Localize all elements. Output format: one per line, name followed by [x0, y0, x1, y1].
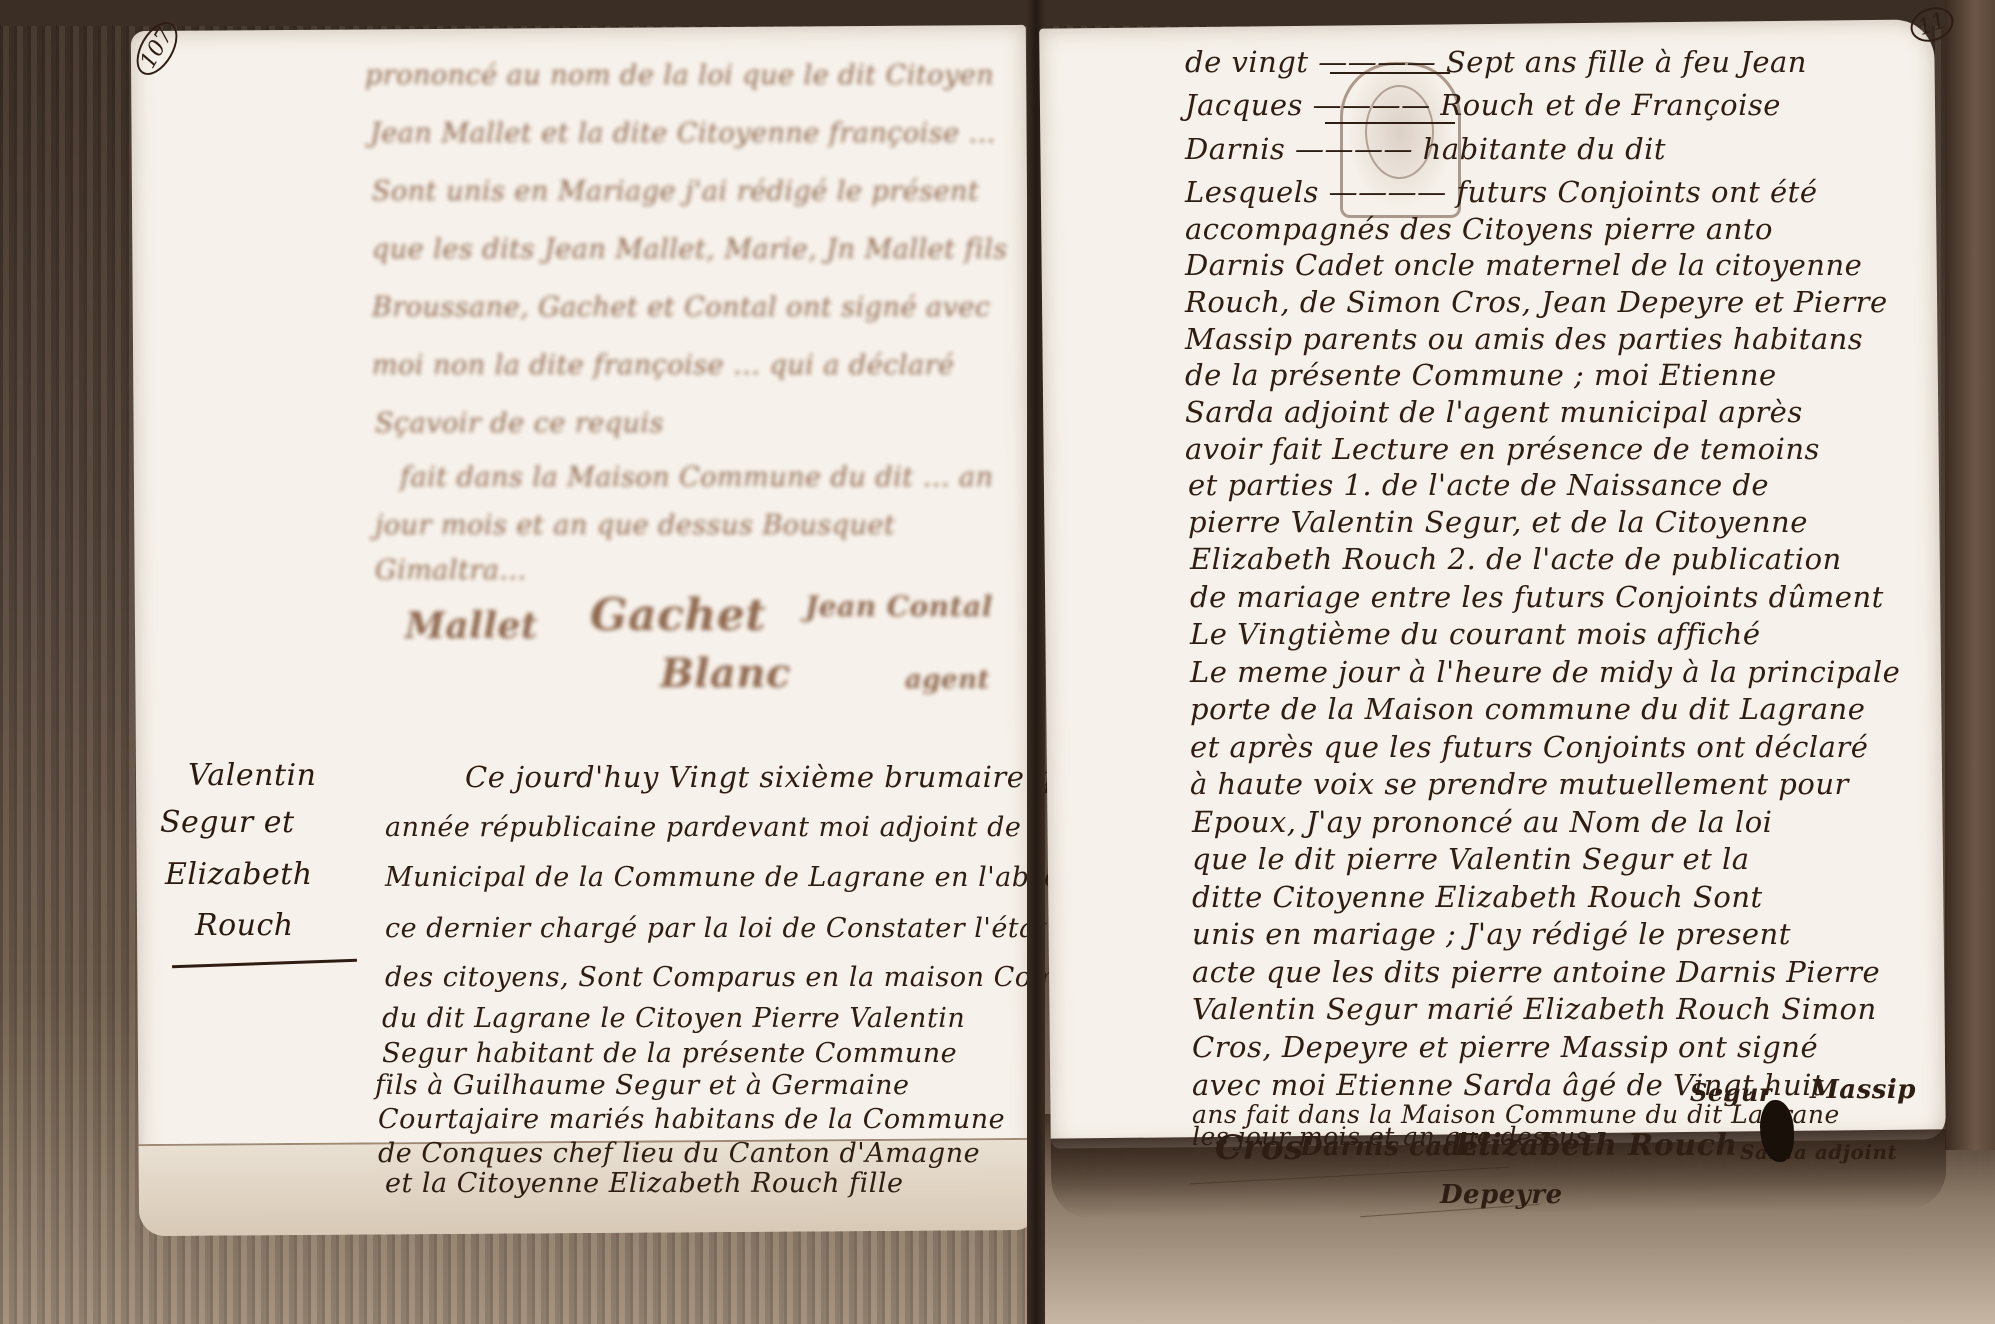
record-line: Valentin Segur marié Elizabeth Rouch Sim…: [1192, 992, 1877, 1026]
blurred-line: Jean Mallet et la dite Citoyenne françoi…: [370, 118, 996, 149]
record-line: de vingt ———— Sept ans fille à feu Jean: [1185, 45, 1807, 79]
record-line: Rouch, de Simon Cros, Jean Depeyre et Pi…: [1185, 285, 1888, 319]
record-line: Darnis ———— habitante du dit: [1185, 132, 1666, 166]
blurred-line: prononcé au nom de la loi que le dit Cit…: [365, 60, 994, 91]
stamp-bracket-line: [1325, 122, 1455, 124]
record-line: des citoyens, Sont Comparus en la maison…: [385, 962, 1136, 993]
record-line: ditte Citoyenne Elizabeth Rouch Sont: [1192, 880, 1763, 914]
blurred-line: que les dits Jean Mallet, Marie, Jn Mall…: [372, 234, 1008, 265]
record-line: fils à Guilhaume Segur et à Germaine: [375, 1070, 910, 1101]
record-line: du dit Lagrane le Citoyen Pierre Valenti…: [382, 1003, 965, 1034]
record-line: Cros, Depeyre et pierre Massip ont signé: [1192, 1030, 1818, 1064]
margin-name: Valentin: [188, 758, 316, 793]
record-line: à haute voix se prendre mutuellement pou…: [1190, 767, 1849, 801]
record-line: avoir fait Lecture en présence de temoin…: [1185, 432, 1820, 466]
record-line: Lesquels ———— futurs Conjoints ont été: [1185, 175, 1817, 209]
book-right-edge: [1945, 0, 1995, 1150]
blurred-line: Sont unis en Mariage j'ai rédigé le prés…: [372, 176, 979, 207]
blurred-signature: Jean Contal: [805, 590, 993, 623]
margin-name: Segur et: [160, 805, 295, 840]
record-line: Municipal de la Commune de Lagrane en l'…: [385, 862, 1110, 893]
blurred-signature: Mallet: [405, 605, 538, 647]
signature: Segur: [1690, 1078, 1772, 1107]
record-line: année républicaine pardevant moi adjoint…: [385, 812, 1128, 843]
signature: Massip: [1810, 1075, 1916, 1105]
record-line: et après que les futurs Conjoints ont dé…: [1190, 730, 1868, 764]
record-line: Segur habitant de la présente Commune: [382, 1038, 957, 1069]
record-line: Darnis Cadet oncle maternel de la citoye…: [1185, 248, 1862, 282]
record-line: unis en mariage ; J'ay rédigé le present: [1192, 917, 1791, 951]
record-line: Le meme jour à l'heure de midy à la prin…: [1190, 655, 1900, 689]
record-line: Elizabeth Rouch 2. de l'acte de publicat…: [1190, 542, 1842, 576]
blurred-signature: Blanc: [660, 650, 791, 697]
record-line: acte que les dits pierre antoine Darnis …: [1192, 955, 1880, 989]
record-line: et parties 1. de l'acte de Naissance de: [1188, 468, 1769, 502]
record-line: de mariage entre les futurs Conjoints dû…: [1190, 580, 1884, 614]
signature: Cros: [1215, 1128, 1304, 1168]
record-line: et la Citoyenne Elizabeth Rouch fille: [385, 1168, 904, 1199]
blurred-signature: agent: [905, 665, 990, 695]
blurred-signature: Gachet: [590, 590, 766, 641]
record-line: Epoux, J'ay prononcé au Nom de la loi: [1192, 805, 1772, 839]
record-line: ce dernier chargé par la loi de Constate…: [385, 913, 1115, 944]
record-line: Jacques ———— Rouch et de Françoise: [1185, 88, 1781, 122]
record-line: que le dit pierre Valentin Segur et la: [1192, 842, 1750, 876]
record-line: Le Vingtième du courant mois affiché: [1190, 617, 1761, 651]
record-line: pierre Valentin Segur, et de la Citoyenn…: [1188, 505, 1808, 539]
blurred-closing-line: fait dans la Maison Commune du dit ... a…: [400, 462, 994, 493]
record-line: de la présente Commune ; moi Etienne: [1185, 358, 1777, 392]
blurred-line: moi non la dite françoise ... qui a décl…: [372, 350, 955, 381]
record-line: Sarda adjoint de l'agent municipal après: [1185, 395, 1803, 429]
record-line: Courtajaire mariés habitans de la Commun…: [378, 1104, 1005, 1135]
signature: Elizabeth Rouch: [1455, 1128, 1738, 1163]
blurred-line: Broussane, Gachet et Contal ont signé av…: [372, 292, 990, 323]
record-line: Massip parents ou amis des parties habit…: [1185, 322, 1863, 356]
blurred-line: Sçavoir de ce requis: [375, 408, 664, 439]
record-line: accompagnés des Citoyens pierre anto: [1185, 212, 1773, 246]
blurred-closing-line: Gimaltra...: [375, 555, 527, 586]
margin-name: Elizabeth: [165, 857, 313, 892]
record-line: porte de la Maison commune du dit Lagran…: [1190, 692, 1865, 726]
blurred-closing-line: jour mois et an que dessus Bousquet: [375, 510, 895, 541]
margin-name: Rouch: [195, 908, 294, 943]
record-line: de Conques chef lieu du Canton d'Amagne: [378, 1138, 980, 1169]
